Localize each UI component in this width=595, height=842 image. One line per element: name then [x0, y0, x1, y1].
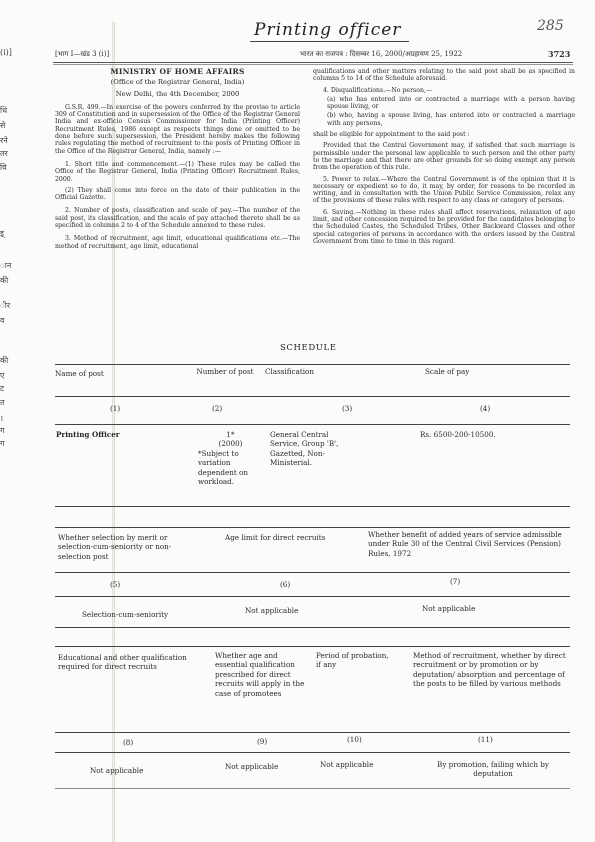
margin-fragment: वि [0, 162, 7, 173]
header-added-years: Whether benefit of added years of servic… [368, 530, 573, 558]
header-part-label: [भाग I—खंड 3 (i)] [55, 50, 109, 59]
post-year: (2000) [198, 439, 263, 448]
header-age-qualification-promotees: Whether age and essential qualification … [215, 651, 310, 698]
col-num-2: (2) [212, 404, 222, 413]
margin-fragment: से [0, 120, 5, 131]
added-years-value: Not applicable [422, 604, 475, 613]
rule-4-proviso: Provided that the Central Government may… [313, 142, 575, 171]
table-rule [55, 752, 570, 753]
ministry-title: MINISTRY OF HOME AFFAIRS [55, 68, 300, 75]
header-rule-secondary [53, 64, 573, 65]
margin-fragment: ीर [0, 300, 10, 311]
table-rule [55, 572, 570, 573]
margin-fragment: रने [0, 135, 8, 146]
qualification-value: Not applicable [90, 766, 143, 775]
table-rule [55, 396, 570, 397]
col-num-1: (1) [110, 404, 120, 413]
rule-4: 4. Disqualifications.—No person,— [313, 87, 575, 94]
post-scale-of-pay: Rs. 6500-200-10500. [420, 430, 560, 439]
header-educational-qualification: Educational and other qualification requ… [58, 653, 198, 672]
margin-fragment: की [0, 355, 8, 366]
header-gazette-date: भारत का राजपत्र : दिसम्बर 16, 2000/अग्रह… [300, 50, 462, 59]
table-rule [55, 627, 570, 628]
header-rule [53, 62, 573, 63]
selection-value: Selection-cum-seniority [82, 610, 168, 619]
rule-6: 6. Saving.—Nothing in these rules shall … [313, 209, 575, 245]
margin-fragment: व [0, 315, 4, 326]
margin-fragment: धि [0, 105, 7, 116]
rule-1: 1. Short title and commencement.—(1) The… [55, 161, 300, 183]
schedule-title: SCHEDULE [280, 343, 337, 353]
margin-fragment: की [0, 275, 8, 286]
table-rule [55, 732, 570, 733]
post-name: Printing Officer [56, 430, 120, 439]
preamble: G.S.R. 499.—In exercise of the powers co… [55, 104, 300, 155]
right-column: qualifications and other matters relatin… [313, 68, 575, 249]
office-subtitle: (Office of the Registrar General, India) [55, 79, 300, 86]
col-num-7: (7) [450, 577, 460, 586]
left-column: MINISTRY OF HOME AFFAIRS (Office of the … [55, 68, 300, 254]
margin-fragment: ग [0, 438, 5, 449]
header-number-of-post: Number of post [195, 367, 255, 376]
header-method-of-recruitment: Method of recruitment, whether by direct… [413, 651, 573, 689]
margin-label: (i)] [0, 48, 12, 57]
col-num-9: (9) [257, 737, 267, 746]
post-count-note: *Subject to variation dependent on workl… [198, 449, 263, 487]
place-date: New Delhi, the 4th December, 2000 [55, 91, 300, 98]
promotees-value: Not applicable [225, 762, 278, 771]
rule-4-tail: shall be eligible for appointment to the… [313, 131, 575, 138]
margin-fragment: । [0, 413, 3, 424]
post-number: 1* (2000) *Subject to variation dependen… [198, 430, 263, 486]
col-num-11: (11) [478, 735, 493, 744]
post-classification: General Central Service, Group 'B', Gaze… [270, 430, 355, 468]
table-rule [55, 364, 570, 365]
rule-5: 5. Power to relax.—Where the Central Gov… [313, 176, 575, 205]
handwritten-page-number: 285 [537, 18, 564, 34]
rule-1-2: (2) They shall come into force on the da… [55, 187, 300, 202]
recruitment-method-value: By promotion, failing which by deputatio… [418, 760, 568, 779]
col-num-4: (4) [480, 404, 490, 413]
rule-4-a: (a) who has entered into or contracted a… [313, 96, 575, 111]
rule-3-continued: qualifications and other matters relatin… [313, 68, 575, 83]
handwritten-title: Printing officer [250, 20, 409, 42]
age-limit-value: Not applicable [245, 606, 298, 615]
col-num-5: (5) [110, 580, 120, 589]
header-age-limit: Age limit for direct recruits [225, 533, 345, 542]
margin-fragment: तर [0, 148, 8, 159]
margin-fragment: ए [0, 370, 4, 381]
table-rule [55, 646, 570, 647]
rule-2: 2. Number of posts, classification and s… [55, 207, 300, 229]
table-rule [55, 506, 570, 507]
col-num-10: (10) [347, 735, 362, 744]
probation-value: Not applicable [320, 760, 373, 769]
table-rule [55, 424, 570, 425]
post-count: 1* [198, 430, 263, 439]
header-scale-of-pay: Scale of pay [425, 367, 545, 376]
table-rule [55, 527, 570, 528]
margin-fragment: ान [0, 260, 11, 271]
margin-fragment: इ् [0, 228, 4, 239]
table-rule [55, 788, 570, 789]
margin-fragment: त [0, 397, 5, 408]
rule-3: 3. Method of recruitment, age limit, edu… [55, 235, 300, 250]
header-selection-type: Whether selection by merit or selection-… [58, 533, 178, 561]
rule-4-b: (b) who, having a spouse living, has ent… [313, 112, 575, 127]
col-num-8: (8) [123, 738, 133, 747]
header-probation: Period of probation, if any [316, 651, 391, 670]
table-rule [55, 596, 570, 597]
page-number: 3723 [548, 49, 570, 59]
col-num-6: (6) [280, 580, 290, 589]
margin-fragment: ग [0, 425, 5, 436]
col-num-3: (3) [342, 404, 352, 413]
header-classification: Classification [265, 367, 385, 376]
margin-fragment: ट [0, 383, 4, 394]
header-name-of-post: Name of post [55, 369, 165, 378]
